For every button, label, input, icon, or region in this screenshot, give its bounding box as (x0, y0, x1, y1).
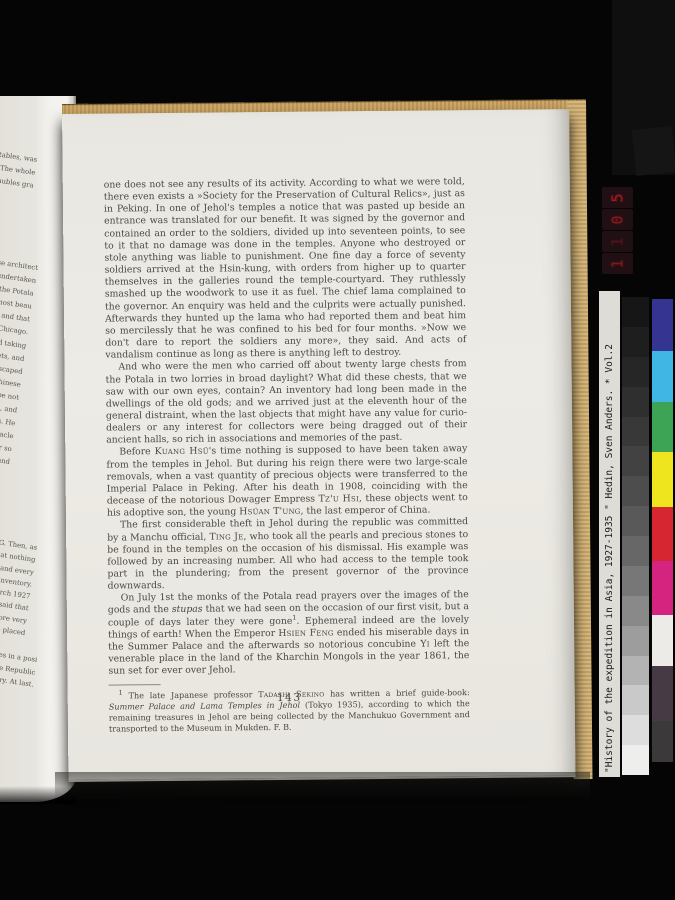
body-text-column: one does not see any results of its acti… (104, 176, 470, 734)
color-patch-cyan (652, 351, 673, 402)
grayscale-step (622, 745, 649, 775)
grayscale-step (622, 626, 649, 656)
grayscale-step (622, 715, 649, 745)
grayscale-step (622, 656, 649, 686)
grayscale-step (622, 297, 649, 327)
archive-label-strip: "History of the expedition in Asia, 1927… (599, 291, 620, 777)
led-digit: 0 (609, 215, 627, 224)
grayscale-step (622, 327, 649, 357)
book-page: one does not see any results of its acti… (62, 109, 575, 782)
led-digit-module: 5 (602, 187, 633, 208)
grayscale-step (622, 685, 649, 715)
scanner-arm-shape (632, 126, 675, 176)
color-patch-white (652, 615, 673, 666)
color-patch-yellow (652, 452, 673, 507)
color-patch-dark-gray (652, 721, 673, 762)
led-digit-module: 1 (602, 253, 633, 274)
footnote-rule (109, 684, 161, 685)
paragraph-5: On July 1st the monks of the Potala read… (108, 589, 470, 678)
grayscale-step (622, 566, 649, 596)
grayscale-step (622, 387, 649, 417)
led-digit-module: 1 (602, 231, 633, 252)
paragraph-4: The first considerable theft in Jehol du… (107, 516, 469, 592)
page-bottom-shadow (55, 772, 590, 808)
grayscale-step (622, 506, 649, 536)
paragraph-2: And who were the men who carried off abo… (105, 358, 467, 447)
left-page-fragment-block: Chinese architecte had undertakenn of th… (0, 254, 38, 470)
grayscale-calibration-wedge (622, 297, 649, 775)
led-digit-module: 0 (602, 209, 633, 230)
grayscale-step (622, 476, 649, 506)
color-patch-dark-violet (652, 666, 673, 721)
led-digit: 5 (609, 193, 627, 202)
grayscale-step (622, 357, 649, 387)
grayscale-step (622, 446, 649, 476)
book-right-page-group: one does not see any results of its acti… (62, 99, 593, 794)
paragraph-list: one does not see any results of its acti… (104, 176, 470, 678)
grayscale-step (622, 596, 649, 626)
grayscale-step (622, 536, 649, 566)
led-digit: 1 (609, 259, 627, 268)
left-page-fragment-block: ial tables, wasms. The wholeand baubles … (0, 146, 38, 194)
left-page-fragment-block: LING. Then, asse that nothingtory, and e… (0, 534, 38, 640)
paragraph-1: one does not see any results of its acti… (104, 176, 467, 362)
paragraph-3: Before Kuang Hsü's time nothing is suppo… (106, 444, 468, 520)
color-calibration-bar (652, 299, 673, 762)
grayscale-step (622, 417, 649, 447)
color-patch-red (652, 507, 673, 561)
color-patch-magenta (652, 561, 673, 615)
color-patch-green (652, 402, 673, 452)
frame-counter-led: 5011 (602, 187, 633, 275)
left-page-fragment-block: mises in a posiof the Republicsary. At l… (0, 646, 38, 691)
led-digit: 1 (609, 237, 627, 246)
color-patch-indigo (652, 299, 673, 351)
